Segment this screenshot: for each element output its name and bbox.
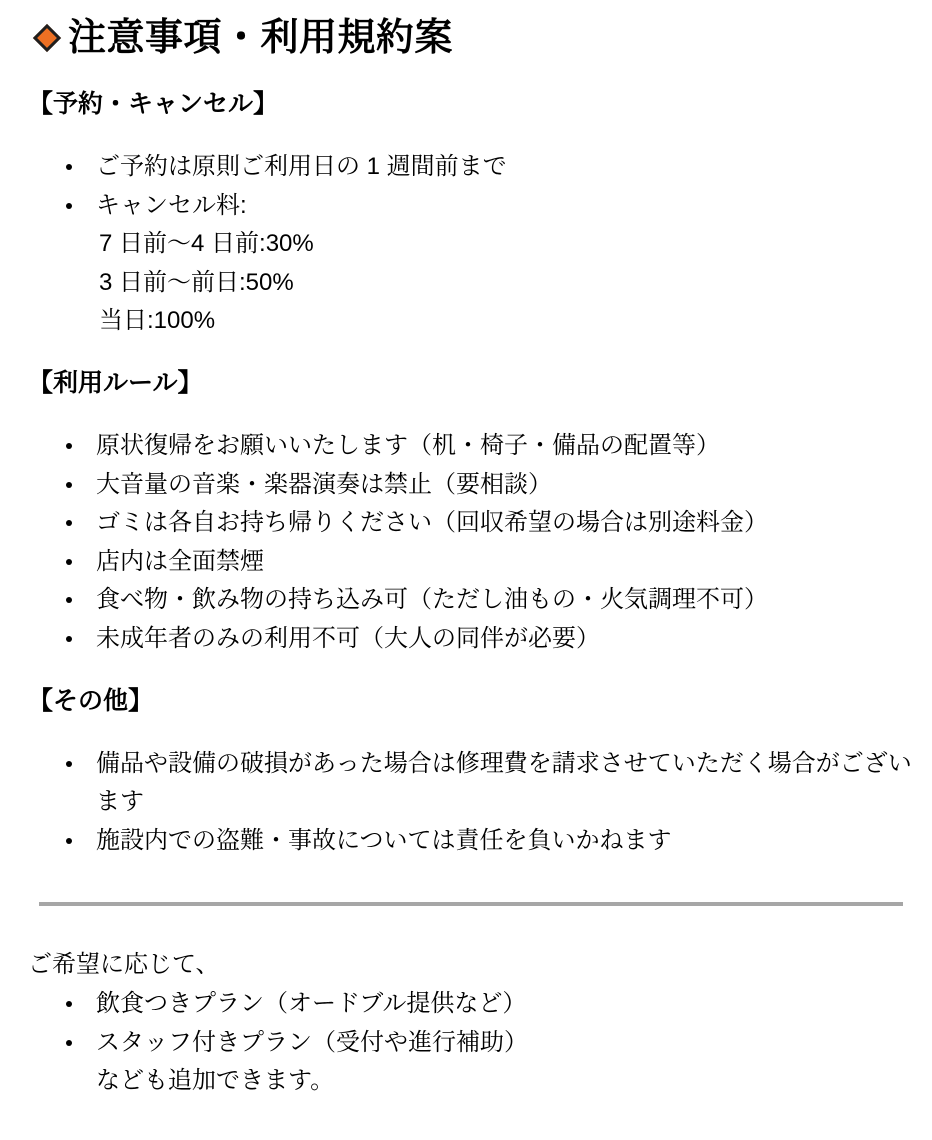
list-item-text: 飲食つきプラン（オードブル提供など） [96, 990, 526, 1017]
cancel-fee-tier: 3 日前～前日:50% [99, 264, 914, 303]
doc-title-text: 注意事項・利用規約案 [68, 14, 453, 62]
list-item: ご予約は原則ご利用日の 1 週間前まで [96, 148, 914, 187]
list-item: スタッフ付きプラン（受付や進行補助） なども追加できます。 [96, 1024, 914, 1101]
doc-title: 注意事項・利用規約案 [30, 14, 914, 62]
list-item-text: 原状復帰をお願いいたします（机・椅子・備品の配置等） [96, 432, 720, 459]
list-item-text: スタッフ付きプラン（受付や進行補助） [96, 1029, 528, 1056]
list-item-text: 施設内での盗難・事故については責任を負いかねます [96, 827, 672, 854]
cancel-fee-tier: 当日:100% [99, 302, 914, 341]
cancel-fee-tier: 7 日前～4 日前:30% [99, 225, 914, 264]
diamond-icon [33, 24, 61, 52]
list-item-text: ご予約は原則ご利用日の 1 週間前まで [96, 153, 507, 180]
section-heading-reservation-cancel: 【予約・キャンセル】 [28, 88, 914, 120]
list-optional-plans: 飲食つきプラン（オードブル提供など） スタッフ付きプラン（受付や進行補助） など… [28, 985, 914, 1101]
list-item: 原状復帰をお願いいたします（机・椅子・備品の配置等） [96, 427, 914, 466]
list-reservation-cancel: ご予約は原則ご利用日の 1 週間前まで キャンセル料: 7 日前～4 日前:30… [28, 148, 914, 341]
document-page: 注意事項・利用規約案 【予約・キャンセル】 ご予約は原則ご利用日の 1 週間前ま… [0, 0, 932, 1140]
list-item: 施設内での盗難・事故については責任を負いかねます [96, 822, 914, 861]
list-item-text: 食べ物・飲み物の持ち込み可（ただし油もの・火気調理不可） [96, 586, 768, 613]
list-item-text: 店内は全面禁煙 [96, 548, 264, 575]
footer-continuation: なども追加できます。 [96, 1062, 914, 1101]
footer-intro: ご希望に応じて、 [28, 946, 914, 985]
list-item: キャンセル料: 7 日前～4 日前:30% 3 日前～前日:50% 当日:100… [96, 187, 914, 341]
list-item: 食べ物・飲み物の持ち込み可（ただし油もの・火気調理不可） [96, 581, 914, 620]
list-item: 未成年者のみの利用不可（大人の同伴が必要） [96, 620, 914, 659]
section-divider [39, 902, 903, 906]
list-item-text: 備品や設備の破損があった場合は修理費を請求させていただく場合がございます [96, 750, 912, 816]
list-item-text: 大音量の音楽・楽器演奏は禁止（要相談） [96, 471, 552, 498]
list-item: 大音量の音楽・楽器演奏は禁止（要相談） [96, 466, 914, 505]
list-item-text: 未成年者のみの利用不可（大人の同伴が必要） [96, 625, 600, 652]
section-heading-usage-rules: 【利用ルール】 [28, 367, 914, 399]
list-other: 備品や設備の破損があった場合は修理費を請求させていただく場合がございます 施設内… [28, 745, 914, 861]
list-usage-rules: 原状復帰をお願いいたします（机・椅子・備品の配置等） 大音量の音楽・楽器演奏は禁… [28, 427, 914, 659]
list-item-text: キャンセル料: [96, 192, 247, 219]
list-item-text: ゴミは各自お持ち帰りください（回収希望の場合は別途料金） [96, 509, 768, 536]
section-heading-other: 【その他】 [28, 685, 914, 717]
list-item: 飲食つきプラン（オードブル提供など） [96, 985, 914, 1024]
list-item: 店内は全面禁煙 [96, 543, 914, 582]
list-item: ゴミは各自お持ち帰りください（回収希望の場合は別途料金） [96, 504, 914, 543]
list-item: 備品や設備の破損があった場合は修理費を請求させていただく場合がございます [96, 745, 914, 822]
